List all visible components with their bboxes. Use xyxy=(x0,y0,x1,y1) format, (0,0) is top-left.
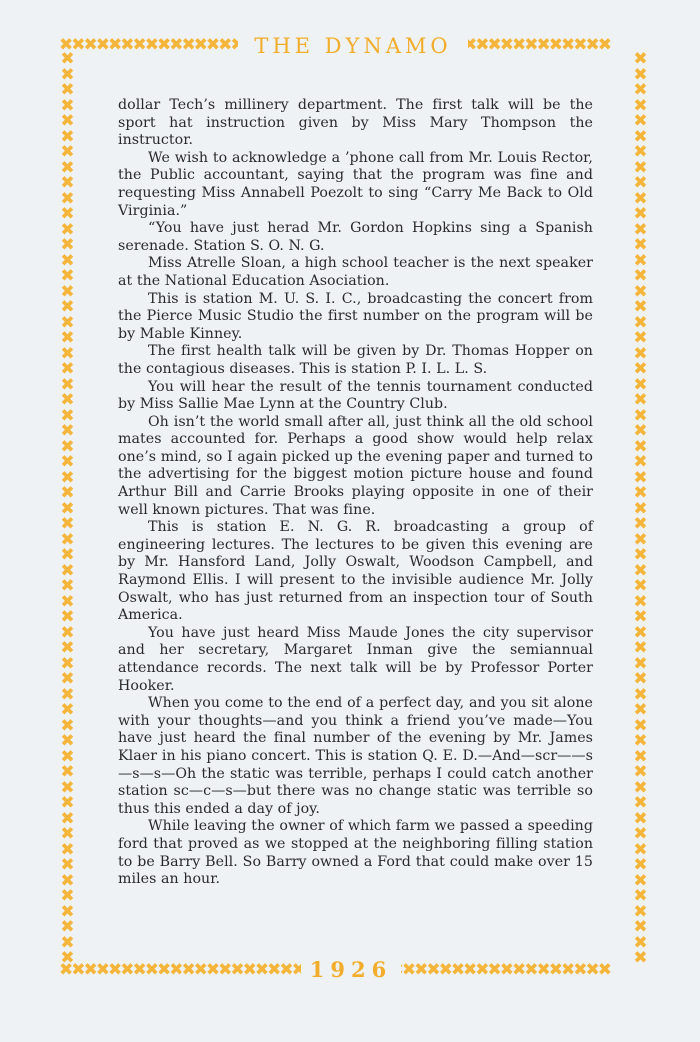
paragraph: This is station E. N. G. R. broadcasting… xyxy=(118,519,593,625)
paragraph: You will hear the result of the tennis t… xyxy=(118,379,593,414)
paragraph: When you come to the end of a perfect da… xyxy=(118,695,593,818)
paragraph: This is station M. U. S. I. C., broadcas… xyxy=(118,291,593,344)
paragraph: Miss Atrelle Sloan, a high school teache… xyxy=(118,255,593,290)
paragraph: We wish to acknowledge a ’phone call fro… xyxy=(118,150,593,220)
page-footer-year: 1926 xyxy=(301,958,401,982)
paragraph: You have just heard Miss Maude Jones the… xyxy=(118,625,593,695)
page-header-title: THE DYNAMO xyxy=(238,35,468,57)
paragraph: Oh isn’t the world small after all, just… xyxy=(118,414,593,520)
paragraph: While leaving the owner of which farm we… xyxy=(118,818,593,888)
article-body: dollar Tech’s millinery department. The … xyxy=(118,97,593,889)
paragraph: “You have just herad Mr. Gordon Hopkins … xyxy=(118,220,593,255)
right-border-ornament-icon: ✖✖✖✖✖✖✖✖✖✖✖✖✖✖✖✖✖✖✖✖✖✖✖✖✖✖✖✖✖✖✖✖✖✖✖✖✖✖✖✖… xyxy=(632,52,649,964)
paragraph: dollar Tech’s millinery department. The … xyxy=(118,97,593,150)
paragraph: The first health talk will be given by D… xyxy=(118,343,593,378)
left-border-ornament-icon: ✖✖✖✖✖✖✖✖✖✖✖✖✖✖✖✖✖✖✖✖✖✖✖✖✖✖✖✖✖✖✖✖✖✖✖✖✖✖✖✖… xyxy=(59,52,76,964)
